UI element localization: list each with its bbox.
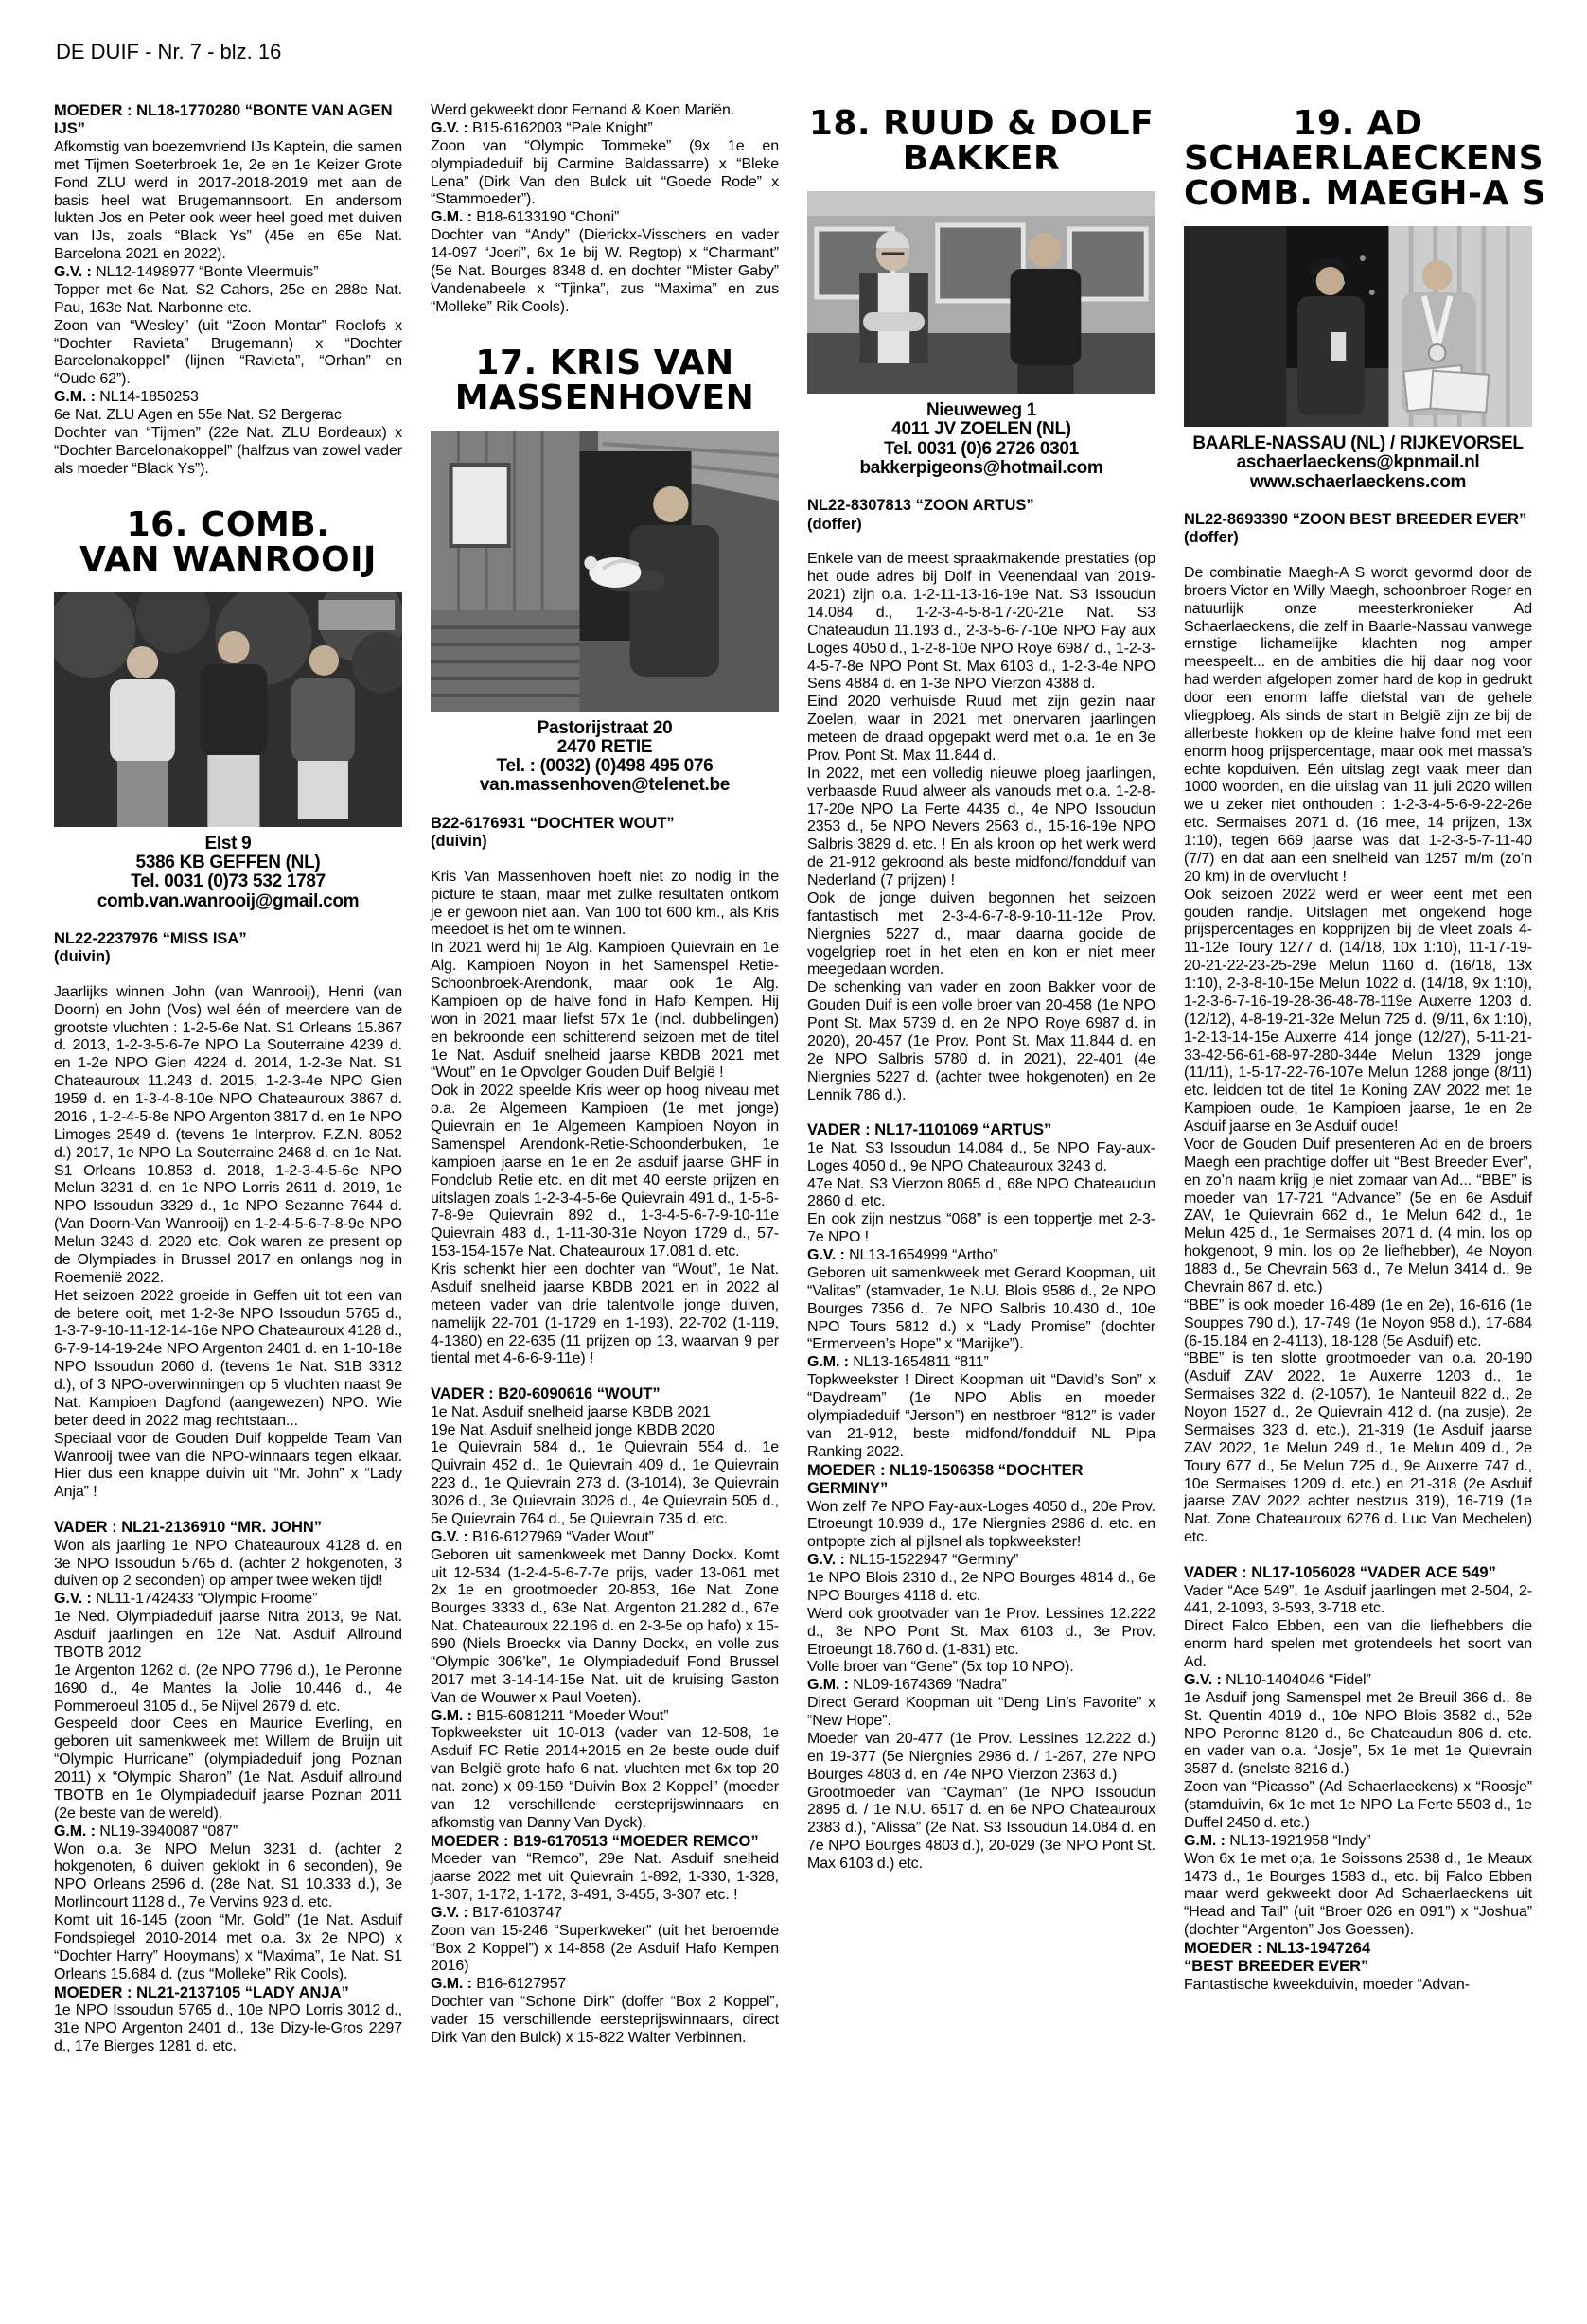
body-paragraph: Won als jaarling 1e NPO Chateauroux 4128… (54, 1538, 402, 1592)
pedigree-subhead-line: (duivin) (431, 833, 779, 851)
text-segment: Vader “Ace 549”, 1e Asduif jaarlingen me… (1184, 1583, 1532, 1617)
body-paragraph: Volle broer van “Gene” (5x top 10 NPO). (807, 1659, 1155, 1677)
body-paragraph: G.V. : B16-6127969 “Vader Wout” (431, 1529, 779, 1547)
section-headline: 19. ADSCHAERLAECKENSCOMB. MAEGH-A S (1184, 106, 1532, 211)
pedigree-subhead: MOEDER : NL19-1506358 “DOCHTER GERMINY” (807, 1462, 1155, 1499)
text-segment: De schenking van vader en zoon Bakker vo… (807, 979, 1155, 1102)
text-segment: Voor de Gouden Duif presenteren Ad en de… (1184, 1136, 1532, 1295)
pedigree-subhead: VADER : NL17-1101069 “ARTUS” (807, 1121, 1155, 1139)
text-segment: De combinatie Maegh-A S wordt gevormd do… (1184, 565, 1532, 885)
section-headline: 18. RUUD & DOLFBAKKER (807, 106, 1155, 176)
text-segment: Jaarlijks winnen John (van Wanrooij), He… (54, 984, 402, 1286)
section-headline: 16. COMB.VAN WANROOIJ (54, 507, 402, 577)
body-paragraph: Werd ook grootvader van 1e Prov. Lessine… (807, 1606, 1155, 1660)
pedigree-label: G.V. : (807, 1552, 849, 1568)
photo-award-illustration (1184, 226, 1532, 427)
body-paragraph: Afkomstig van boezemvriend IJs Kaptein, … (54, 139, 402, 264)
pedigree-subhead-line: B22-6176931 “DOCHTER WOUT” (431, 815, 779, 833)
column-3: 18. RUUD & DOLFBAKKERNieuweweg 14011 JV … (807, 102, 1155, 1874)
text-segment: NL19-3940087 “087” (99, 1823, 238, 1840)
body-paragraph: Fantastische kweekduivin, moeder “Advan- (1184, 1977, 1532, 1995)
body-paragraph: Direct Gerard Koopman uit “Deng Lin’s Fa… (807, 1695, 1155, 1731)
text-segment: Zoon van “Wesley” (uit “Zoon Montar” Roe… (54, 318, 402, 388)
text-segment: NL13-1654999 “Artho” (849, 1247, 997, 1263)
text-segment: 19e Nat. Asduif snelheid jonge KBDB 2020 (431, 1422, 714, 1438)
body-paragraph: Dochter van “Schone Dirk” (doffer “Box 2… (431, 1994, 779, 2048)
pedigree-subhead-line: (duivin) (54, 948, 402, 966)
body-paragraph: Ook seizoen 2022 werd er weer eent met e… (1184, 887, 1532, 1136)
text-segment: Topkweekster ! Direct Koopman uit “David… (807, 1372, 1155, 1460)
text-segment: 1e NPO Issoudun 5765 d., 10e NPO Lorris … (54, 2002, 402, 2054)
contact-line: aschaerlaeckens@kpnmail.nl (1184, 453, 1532, 472)
photo-team3 (54, 592, 402, 827)
body-paragraph: Ook de jonge duiven begonnen het seizoen… (807, 890, 1155, 979)
body-paragraph: 1e NPO Blois 2310 d., 2e NPO Bourges 481… (807, 1570, 1155, 1606)
pedigree-label: G.M. : (54, 1823, 99, 1840)
text-segment: Volle broer van “Gene” (5x top 10 NPO). (807, 1659, 1074, 1675)
pedigree-label: G.V. : (54, 1591, 96, 1607)
body-paragraph: Enkele van de meest spraakmakende presta… (807, 551, 1155, 694)
text-segment: Afkomstig van boezemvriend IJs Kaptein, … (54, 139, 402, 262)
body-paragraph: 1e Ned. Olympiadeduif jaarse Nitra 2013,… (54, 1609, 402, 1663)
text-segment: Kris Van Massenhoven hoeft niet zo nodig… (431, 869, 779, 939)
contact-line: bakkerpigeons@hotmail.com (807, 459, 1155, 478)
pedigree-label: G.M. : (431, 1708, 476, 1724)
body-paragraph: 1e Nat. Asduif snelheid jaarse KBDB 2021 (431, 1404, 779, 1422)
text-segment: Ook seizoen 2022 werd er weer eent met e… (1184, 887, 1532, 1135)
text-segment: 47e Nat. S3 Vierzon 8065 d., 68e NPO Cha… (807, 1176, 1155, 1210)
pedigree-subhead: MOEDER : NL21-2137105 “LADY ANJA” (54, 1984, 402, 2002)
text-segment: Won o.a. 3e NPO Melun 3231 d. (achter 2 … (54, 1841, 402, 1911)
body-paragraph: Dochter van “Tijmen” (22e Nat. ZLU Borde… (54, 425, 402, 479)
pedigree-subhead-line: VADER : B20-6090616 “WOUT” (431, 1385, 779, 1403)
pedigree-label: G.M. : (431, 1976, 476, 1992)
pedigree-subhead: B22-6176931 “DOCHTER WOUT”(duivin) (431, 815, 779, 852)
pedigree-subhead-line: “BEST BREEDER EVER” (1184, 1958, 1532, 1976)
text-segment: 1e Nat. Asduif snelheid jaarse KBDB 2021 (431, 1404, 711, 1420)
pedigree-subhead-line: MOEDER : NL19-1506358 “DOCHTER GERMINY” (807, 1462, 1155, 1499)
text-segment: Eind 2020 verhuisde Ruud met zijn gezin … (807, 694, 1155, 764)
body-paragraph: G.M. : NL09-1674369 “Nadra” (807, 1677, 1155, 1695)
pedigree-subhead: VADER : NL17-1056028 “VADER ACE 549” (1184, 1564, 1532, 1582)
text-segment: In 2022, met een volledig nieuwe ploeg j… (807, 766, 1155, 889)
contact-line: BAARLE-NASSAU (NL) / RIJKEVORSEL (1184, 434, 1532, 453)
text-segment: Zoon van “Olympic Tommeke” (9x 1e en oly… (431, 138, 779, 208)
body-paragraph: G.M. : B16-6127957 (431, 1976, 779, 1994)
pedigree-label: G.M. : (1184, 1833, 1229, 1849)
body-paragraph: 6e Nat. ZLU Agen en 55e Nat. S2 Bergerac (54, 407, 402, 425)
pedigree-label: G.V. : (1184, 1672, 1226, 1688)
body-paragraph: Direct Falco Ebben, een van die liefhebb… (1184, 1618, 1532, 1672)
contact-line: Nieuweweg 1 (807, 401, 1155, 420)
text-segment: NL15-1522947 “Germiny” (849, 1552, 1018, 1568)
body-paragraph: Zoon van “Wesley” (uit “Zoon Montar” Roe… (54, 318, 402, 390)
section-headline-line: VAN WANROOIJ (54, 542, 402, 577)
body-paragraph: 19e Nat. Asduif snelheid jonge KBDB 2020 (431, 1422, 779, 1440)
body-paragraph: G.M. : NL13-1921958 “Indy” (1184, 1833, 1532, 1851)
contact-line: comb.van.wanrooij@gmail.com (54, 892, 402, 911)
text-segment: Ook de jonge duiven begonnen het seizoen… (807, 890, 1155, 978)
body-paragraph: Werd gekweekt door Fernand & Koen Mariën… (431, 102, 779, 120)
body-paragraph: Won 6x 1e met o;a. 1e Soissons 2538 d., … (1184, 1851, 1532, 1940)
body-paragraph: Speciaal voor de Gouden Duif koppelde Te… (54, 1431, 402, 1503)
text-segment: B15-6081211 “Moeder Wout” (476, 1708, 668, 1724)
photo-loftmen (807, 191, 1155, 394)
text-segment: B16-6127969 “Vader Wout” (472, 1529, 654, 1545)
pedigree-label: G.M. : (807, 1677, 853, 1693)
pedigree-subhead-line: NL22-8693390 “ZOON BEST BREEDER EVER” (1184, 511, 1532, 529)
section-headline-line: MASSENHOVEN (431, 380, 779, 415)
pedigree-subhead: MOEDER : B19-6170513 “MOEDER REMCO” (431, 1833, 779, 1851)
body-paragraph: G.V. : NL11-1742433 “Olympic Froome” (54, 1591, 402, 1609)
body-paragraph: 1e Asduif jong Samenspel met 2e Breuil 3… (1184, 1690, 1532, 1779)
contact-line: Tel. : (0032) (0)498 495 076 (431, 757, 779, 776)
body-paragraph: G.V. : B15-6162003 “Pale Knight” (431, 120, 779, 138)
text-segment: Moeder van 20-477 (1e Prov. Lessines 12.… (807, 1731, 1155, 1783)
body-paragraph: Topper met 6e Nat. S2 Cahors, 25e en 288… (54, 282, 402, 318)
body-paragraph: 1e Quievrain 584 d., 1e Quievrain 554 d.… (431, 1439, 779, 1528)
text-segment: Moeder van “Remco”, 29e Nat. Asduif snel… (431, 1851, 779, 1903)
body-paragraph: Kris Van Massenhoven hoeft niet zo nodig… (431, 869, 779, 941)
column-2: Werd gekweekt door Fernand & Koen Mariën… (431, 102, 779, 2048)
body-paragraph: G.V. : NL10-1404046 “Fidel” (1184, 1672, 1532, 1690)
body-paragraph: G.V. : B17-6103747 (431, 1905, 779, 1923)
pedigree-subhead-line: MOEDER : NL13-1947264 (1184, 1940, 1532, 1958)
pedigree-subhead-line: VADER : NL17-1101069 “ARTUS” (807, 1121, 1155, 1139)
pedigree-subhead-line: VADER : NL17-1056028 “VADER ACE 549” (1184, 1564, 1532, 1582)
body-paragraph: Geboren uit samenkweek met Gerard Koopma… (807, 1265, 1155, 1354)
text-segment: Topper met 6e Nat. S2 Cahors, 25e en 288… (54, 282, 402, 316)
body-paragraph: Vader “Ace 549”, 1e Asduif jaarlingen me… (1184, 1583, 1532, 1619)
pedigree-subhead: NL22-8693390 “ZOON BEST BREEDER EVER”(do… (1184, 511, 1532, 548)
pedigree-label: G.M. : (431, 209, 476, 225)
body-paragraph: G.V. : NL12-1498977 “Bonte Vleermuis” (54, 264, 402, 282)
photo-loft-illustration (807, 191, 1155, 394)
contact-line: Tel. 0031 (0)6 2726 0301 (807, 440, 1155, 459)
body-paragraph: G.V. : NL13-1654999 “Artho” (807, 1247, 1155, 1265)
body-paragraph: In 2021 werd hij 1e Alg. Kampioen Quievr… (431, 940, 779, 1083)
contact-block: Pastorijstraat 202470 RETIETel. : (0032)… (431, 719, 779, 796)
body-paragraph: Topkweekster ! Direct Koopman uit “David… (807, 1372, 1155, 1461)
body-paragraph: Zoon van “Picasso” (Ad Schaerlaeckens) x… (1184, 1779, 1532, 1833)
text-segment: 1e Asduif jong Samenspel met 2e Breuil 3… (1184, 1690, 1532, 1778)
contact-line: Pastorijstraat 20 (431, 719, 779, 738)
contact-line: van.massenhoven@telenet.be (431, 776, 779, 795)
body-paragraph: Grootmoeder van “Cayman” (1e NPO Issoudu… (807, 1785, 1155, 1874)
pedigree-subhead: VADER : B20-6090616 “WOUT” (431, 1385, 779, 1403)
body-paragraph: Komt uit 16-145 (zoon “Mr. Gold” (1e Nat… (54, 1912, 402, 1984)
section-headline-line: SCHAERLAECKENS (1184, 141, 1532, 176)
pedigree-subhead-line: (doffer) (1184, 529, 1532, 547)
text-segment: Dochter van “Tijmen” (22e Nat. ZLU Borde… (54, 425, 402, 477)
text-segment: B15-6162003 “Pale Knight” (472, 120, 653, 136)
contact-line: 4011 JV ZOELEN (NL) (807, 420, 1155, 439)
section-headline-line: BAKKER (807, 141, 1155, 176)
section-headline: 17. KRIS VANMASSENHOVEN (431, 345, 779, 415)
photo-pigeonman (431, 431, 779, 712)
text-segment: 1e NPO Blois 2310 d., 2e NPO Bourges 481… (807, 1570, 1155, 1604)
body-paragraph: Zoon van “Olympic Tommeke” (9x 1e en oly… (431, 138, 779, 210)
text-segment: Won 6x 1e met o;a. 1e Soissons 2538 d., … (1184, 1851, 1532, 1939)
text-segment: NL10-1404046 “Fidel” (1226, 1672, 1371, 1688)
body-paragraph: Voor de Gouden Duif presenteren Ad en de… (1184, 1136, 1532, 1297)
column-4: 19. ADSCHAERLAECKENSCOMB. MAEGH-A SBAARL… (1184, 102, 1532, 1995)
body-paragraph: G.V. : NL15-1522947 “Germiny” (807, 1552, 1155, 1570)
body-paragraph: Won o.a. 3e NPO Melun 3231 d. (achter 2 … (54, 1841, 402, 1913)
pedigree-subhead: MOEDER : NL13-1947264“BEST BREEDER EVER” (1184, 1940, 1532, 1977)
pedigree-subhead: NL22-2237976 “MISS ISA”(duivin) (54, 930, 402, 967)
body-paragraph: “BBE” is ten slotte grootmoeder van o.a.… (1184, 1350, 1532, 1547)
pedigree-subhead: VADER : NL21-2136910 “MR. JOHN” (54, 1519, 402, 1537)
section-headline-line: 19. AD (1184, 106, 1532, 141)
text-segment: NL14-1850253 (99, 389, 199, 405)
body-paragraph: De schenking van vader en zoon Bakker vo… (807, 979, 1155, 1104)
text-segment: Fantastische kweekduivin, moeder “Advan- (1184, 1977, 1470, 1993)
contact-block: BAARLE-NASSAU (NL) / RIJKEVORSELaschaerl… (1184, 434, 1532, 492)
pedigree-subhead-line: NL22-2237976 “MISS ISA” (54, 930, 402, 948)
text-segment: NL11-1742433 “Olympic Froome” (96, 1591, 317, 1607)
body-paragraph: Geboren uit samenkweek met Danny Dockx. … (431, 1547, 779, 1708)
body-paragraph: 1e NPO Issoudun 5765 d., 10e NPO Lorris … (54, 2002, 402, 2056)
pedigree-label: G.M. : (807, 1354, 853, 1370)
text-segment: In 2021 werd hij 1e Alg. Kampioen Quievr… (431, 940, 779, 1081)
pedigree-subhead: MOEDER : NL18-1770280 “BONTE VAN AGEN IJ… (54, 102, 402, 139)
body-paragraph: G.M. : NL13-1654811 “811” (807, 1354, 1155, 1372)
pedigree-label: G.V. : (431, 1529, 472, 1545)
text-segment: NL09-1674369 “Nadra” (853, 1677, 1007, 1693)
text-segment: Won als jaarling 1e NPO Chateauroux 4128… (54, 1538, 402, 1590)
pedigree-subhead-line: MOEDER : NL21-2137105 “LADY ANJA” (54, 1984, 402, 2002)
body-paragraph: Won zelf 7e NPO Fay-aux-Loges 4050 d., 2… (807, 1499, 1155, 1553)
text-segment: Direct Falco Ebben, een van die liefhebb… (1184, 1618, 1532, 1670)
text-segment: Gespeeld door Cees en Maurice Everling, … (54, 1716, 402, 1821)
body-paragraph: Eind 2020 verhuisde Ruud met zijn gezin … (807, 694, 1155, 766)
text-segment: 1e Nat. S3 Issoudun 14.084 d., 5e NPO Fa… (807, 1140, 1155, 1174)
body-paragraph: Topkweekster uit 10-013 (vader van 12-50… (431, 1725, 779, 1832)
body-paragraph: G.M. : NL14-1850253 (54, 389, 402, 407)
text-segment: Komt uit 16-145 (zoon “Mr. Gold” (1e Nat… (54, 1912, 402, 1982)
contact-line: www.schaerlaeckens.com (1184, 473, 1532, 492)
body-paragraph: Moeder van 20-477 (1e Prov. Lessines 12.… (807, 1731, 1155, 1785)
text-segment: Zoon van 15-246 “Superkweker” (uit het b… (431, 1923, 779, 1975)
text-segment: 1e Ned. Olympiadeduif jaarse Nitra 2013,… (54, 1609, 402, 1661)
pedigree-subhead-line: VADER : NL21-2136910 “MR. JOHN” (54, 1519, 402, 1537)
section-headline-line: 16. COMB. (54, 507, 402, 542)
body-paragraph: Moeder van “Remco”, 29e Nat. Asduif snel… (431, 1851, 779, 1905)
body-paragraph: Jaarlijks winnen John (van Wanrooij), He… (54, 984, 402, 1288)
body-paragraph: 1e Nat. S3 Issoudun 14.084 d., 5e NPO Fa… (807, 1140, 1155, 1176)
body-paragraph: G.M. : B18-6133190 “Choni” (431, 209, 779, 227)
pedigree-subhead-line: MOEDER : NL18-1770280 “BONTE VAN AGEN IJ… (54, 102, 402, 139)
text-segment: B16-6127957 (476, 1976, 566, 1992)
newspaper-page: DE DUIF - Nr. 7 - blz. 16 MOEDER : NL18-… (0, 0, 1587, 2324)
body-paragraph: Kris schenkt hier een dochter van “Wout”… (431, 1261, 779, 1368)
body-paragraph: Dochter van “Andy” (Dierickx-Visschers e… (431, 227, 779, 316)
body-paragraph: In 2022, met een volledig nieuwe ploeg j… (807, 766, 1155, 890)
body-paragraph: De combinatie Maegh-A S wordt gevormd do… (1184, 565, 1532, 887)
text-segment: “BBE” is ten slotte grootmoeder van o.a.… (1184, 1350, 1532, 1545)
pedigree-subhead-line: MOEDER : B19-6170513 “MOEDER REMCO” (431, 1833, 779, 1851)
body-paragraph: 47e Nat. S3 Vierzon 8065 d., 68e NPO Cha… (807, 1176, 1155, 1212)
text-segment: 1e Argenton 1262 d. (2e NPO 7796 d.), 1e… (54, 1663, 402, 1715)
section-headline-line: 18. RUUD & DOLF (807, 106, 1155, 141)
body-paragraph: G.M. : B15-6081211 “Moeder Wout” (431, 1708, 779, 1726)
column-1: MOEDER : NL18-1770280 “BONTE VAN AGEN IJ… (54, 102, 402, 2056)
text-segment: NL13-1654811 “811” (853, 1354, 989, 1370)
pedigree-subhead: NL22-8307813 “ZOON ARTUS”(doffer) (807, 497, 1155, 534)
pedigree-label: G.M. : (54, 389, 99, 405)
text-segment: B17-6103747 (472, 1905, 562, 1921)
columns-container: MOEDER : NL18-1770280 “BONTE VAN AGEN IJ… (54, 102, 1532, 2056)
contact-line: Tel. 0031 (0)73 532 1787 (54, 872, 402, 891)
text-segment: Won zelf 7e NPO Fay-aux-Loges 4050 d., 2… (807, 1499, 1155, 1551)
body-paragraph: Gespeeld door Cees en Maurice Everling, … (54, 1716, 402, 1822)
text-segment: Dochter van “Schone Dirk” (doffer “Box 2… (431, 1994, 779, 2046)
text-segment: 6e Nat. ZLU Agen en 55e Nat. S2 Bergerac (54, 407, 342, 423)
text-segment: En ook zijn nestzus “068” is een toppert… (807, 1211, 1155, 1245)
contact-line: 2470 RETIE (431, 738, 779, 757)
contact-line: Elst 9 (54, 835, 402, 854)
photo-team-illustration (54, 592, 402, 827)
body-paragraph: Ook in 2022 speelde Kris weer op hoog ni… (431, 1083, 779, 1261)
photo-awardmen (1184, 226, 1532, 427)
text-segment: NL13-1921958 “Indy” (1229, 1833, 1370, 1849)
body-paragraph: Het seizoen 2022 groeide in Geffen uit t… (54, 1288, 402, 1431)
photo-pigeon-illustration (431, 431, 779, 712)
text-segment: Werd gekweekt door Fernand & Koen Mariën… (431, 102, 734, 118)
text-segment: B18-6133190 “Choni” (476, 209, 619, 225)
pedigree-label: G.V. : (431, 1905, 472, 1921)
text-segment: Zoon van “Picasso” (Ad Schaerlaeckens) x… (1184, 1779, 1532, 1831)
text-segment: Geboren uit samenkweek met Gerard Koopma… (807, 1265, 1155, 1353)
text-segment: Speciaal voor de Gouden Duif koppelde Te… (54, 1431, 402, 1501)
pedigree-label: G.V. : (807, 1247, 849, 1263)
text-segment: Kris schenkt hier een dochter van “Wout”… (431, 1261, 779, 1366)
text-segment: Direct Gerard Koopman uit “Deng Lin’s Fa… (807, 1695, 1155, 1729)
text-segment: Enkele van de meest spraakmakende presta… (807, 551, 1155, 692)
text-segment: Ook in 2022 speelde Kris weer op hoog ni… (431, 1083, 779, 1259)
text-segment: Topkweekster uit 10-013 (vader van 12-50… (431, 1725, 779, 1830)
text-segment: Het seizoen 2022 groeide in Geffen uit t… (54, 1288, 402, 1429)
section-headline-line: 17. KRIS VAN (431, 345, 779, 380)
text-segment: “BBE” is ook moeder 16-489 (1e en 2e), 1… (1184, 1297, 1532, 1349)
section-headline-line: COMB. MAEGH-A S (1184, 176, 1532, 211)
body-paragraph: “BBE” is ook moeder 16-489 (1e en 2e), 1… (1184, 1297, 1532, 1351)
pedigree-label: G.V. : (431, 120, 472, 136)
pedigree-subhead-line: (doffer) (807, 516, 1155, 534)
pedigree-subhead-line: NL22-8307813 “ZOON ARTUS” (807, 497, 1155, 515)
text-segment: Geboren uit samenkweek met Danny Dockx. … (431, 1547, 779, 1706)
contact-line: 5386 KB GEFFEN (NL) (54, 854, 402, 872)
text-segment: 1e Quievrain 584 d., 1e Quievrain 554 d.… (431, 1439, 779, 1527)
text-segment: NL12-1498977 “Bonte Vleermuis” (96, 264, 318, 280)
body-paragraph: En ook zijn nestzus “068” is een toppert… (807, 1211, 1155, 1247)
contact-block: Nieuweweg 14011 JV ZOELEN (NL)Tel. 0031 … (807, 401, 1155, 478)
body-paragraph: 1e Argenton 1262 d. (2e NPO 7796 d.), 1e… (54, 1663, 402, 1717)
body-paragraph: G.M. : NL19-3940087 “087” (54, 1823, 402, 1841)
page-header: DE DUIF - Nr. 7 - blz. 16 (56, 40, 1532, 64)
text-segment: Grootmoeder van “Cayman” (1e NPO Issoudu… (807, 1785, 1155, 1873)
pedigree-label: G.V. : (54, 264, 96, 280)
text-segment: Werd ook grootvader van 1e Prov. Lessine… (807, 1606, 1155, 1658)
contact-block: Elst 95386 KB GEFFEN (NL)Tel. 0031 (0)73… (54, 835, 402, 911)
body-paragraph: Zoon van 15-246 “Superkweker” (uit het b… (431, 1923, 779, 1977)
text-segment: Dochter van “Andy” (Dierickx-Visschers e… (431, 227, 779, 315)
